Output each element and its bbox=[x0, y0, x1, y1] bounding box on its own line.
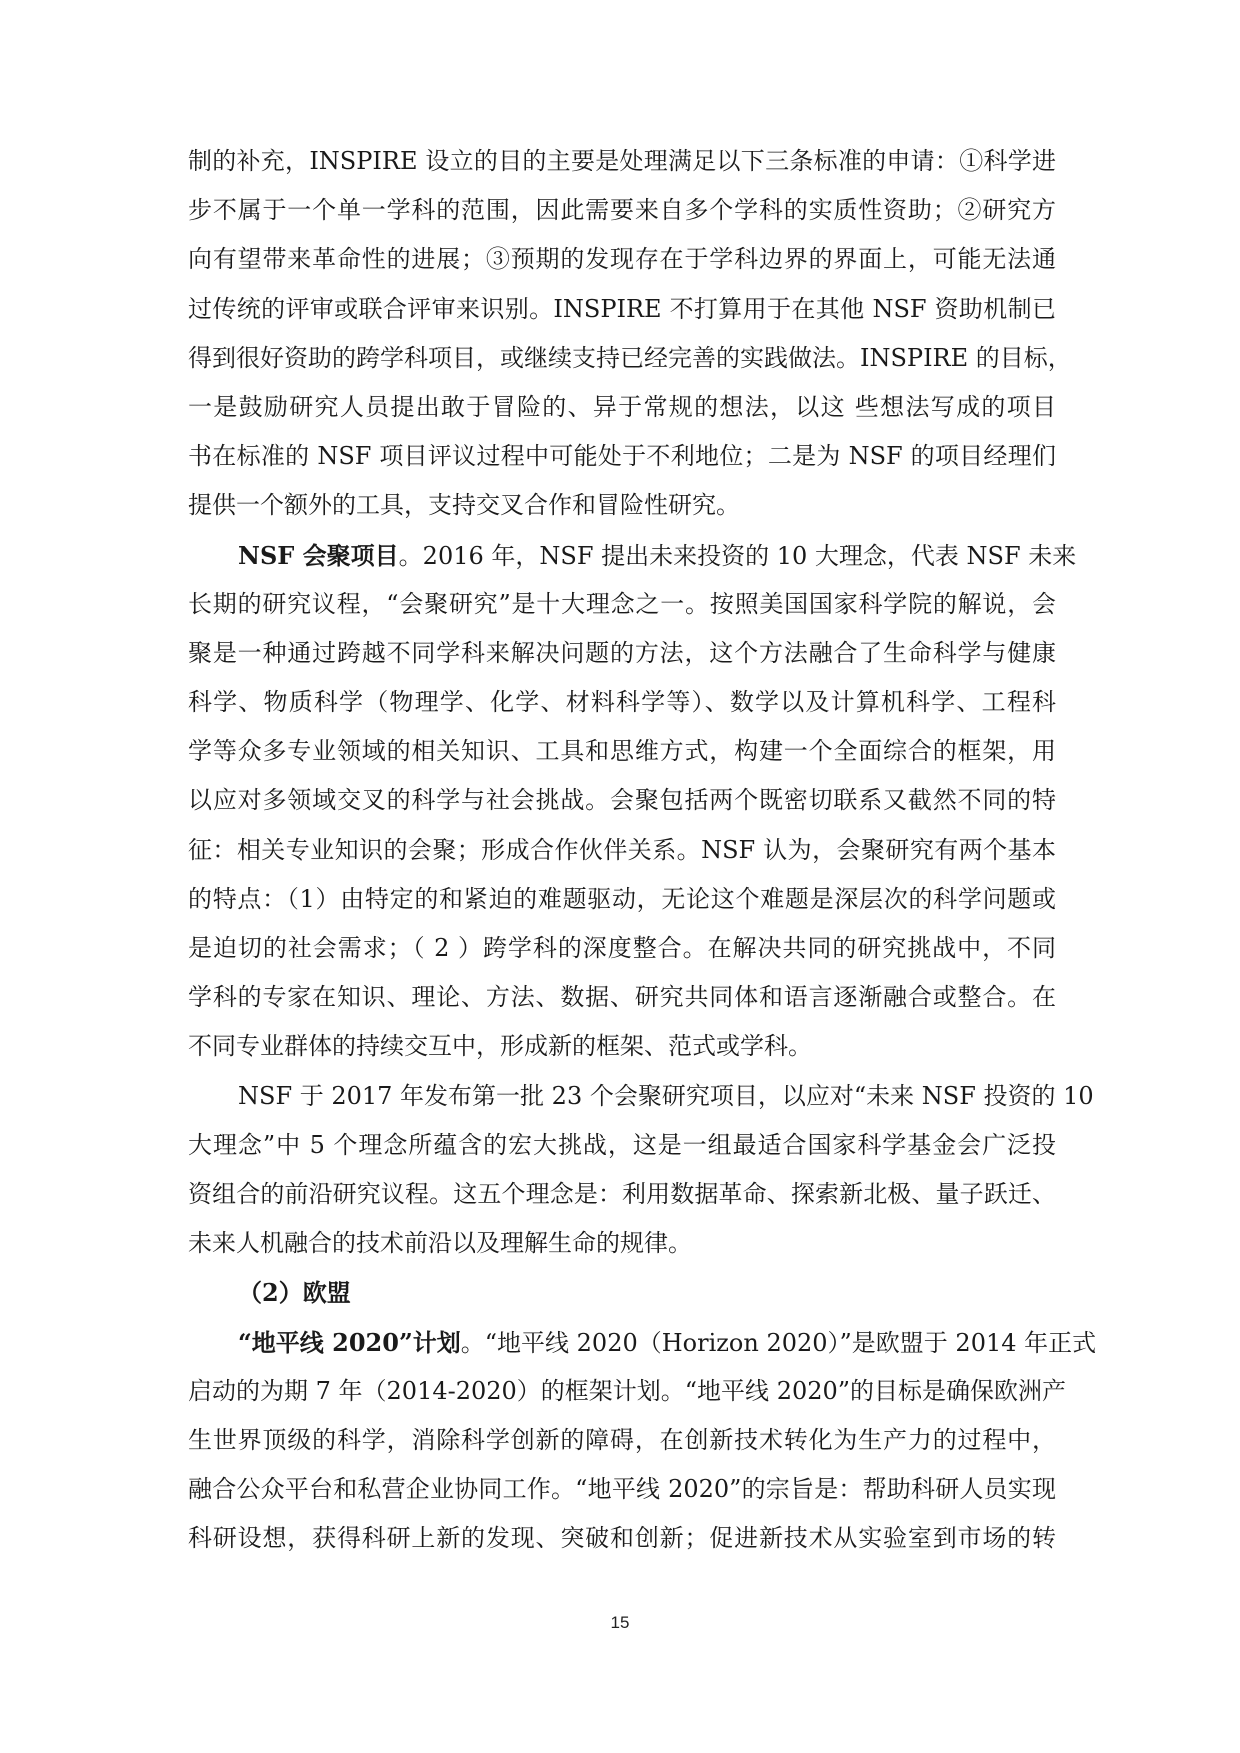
text-line: 的特点：（1）由特定的和紧迫的难题驱动，无论这个难题是深层次的科学问题或 bbox=[188, 875, 1056, 924]
text-line: 科学、物质科学（物理学、化学、材料科学等）、数学以及计算机科学、工程科 bbox=[188, 678, 1056, 727]
text-line: 不同专业群体的持续交互中，形成新的框架、范式或学科。 bbox=[188, 1022, 1056, 1071]
text-line: 得到很好资助的跨学科项目，或继续支持已经完善的实践做法。INSPIRE 的目标， bbox=[188, 334, 1056, 383]
text-line: 步不属于一个单一学科的范围，因此需要来自多个学科的实质性资助；②研究方 bbox=[188, 186, 1056, 235]
text-line: 一是鼓励研究人员提出敢于冒险的、异于常规的想法，以这 些想法写成的项目 bbox=[188, 383, 1056, 432]
text-line: 资组合的前沿研究议程。这五个理念是：利用数据革命、探索新北极、量子跃迁、 bbox=[188, 1170, 1056, 1219]
section-heading-eu: （2）欧盟 bbox=[188, 1268, 1056, 1317]
text-span: 。“地平线 2020（Horizon 2020）”是欧盟于 2014 年正式 bbox=[461, 1329, 1096, 1357]
bold-lead-horizon-2020: “地平线 2020”计划 bbox=[238, 1328, 461, 1357]
text-line: “地平线 2020”计划。“地平线 2020（Horizon 2020）”是欧盟… bbox=[188, 1318, 1056, 1367]
paragraph-horizon-2020: “地平线 2020”计划。“地平线 2020（Horizon 2020）”是欧盟… bbox=[188, 1318, 1056, 1564]
text-line: 以应对多领域交叉的科学与社会挑战。会聚包括两个既密切联系又截然不同的特 bbox=[188, 776, 1056, 825]
text-line: 科研设想，获得科研上新的发现、突破和创新；促进新技术从实验室到市场的转 bbox=[188, 1514, 1056, 1563]
text-line: 大理念”中 5 个理念所蕴含的宏大挑战，这是一组最适合国家科学基金会广泛投 bbox=[188, 1121, 1056, 1170]
paragraph-nsf-convergence: NSF 会聚项目。2016 年，NSF 提出未来投资的 10 大理念，代表 NS… bbox=[188, 531, 1056, 1072]
text-span: 。2016 年，NSF 提出未来投资的 10 大理念，代表 NSF 未来 bbox=[399, 542, 1077, 570]
text-line: 向有望带来革命性的进展；③预期的发现存在于学科边界的界面上，可能无法通 bbox=[188, 235, 1056, 284]
text-line: NSF 于 2017 年发布第一批 23 个会聚研究项目，以应对“未来 NSF … bbox=[188, 1072, 1056, 1121]
text-line: 未来人机融合的技术前沿以及理解生命的规律。 bbox=[188, 1219, 1056, 1268]
text-line: 长期的研究议程，“会聚研究”是十大理念之一。按照美国国家科学院的解说，会 bbox=[188, 580, 1056, 629]
bold-lead-nsf-convergence: NSF 会聚项目 bbox=[238, 541, 399, 570]
text-line: 聚是一种通过跨越不同学科来解决问题的方法，这个方法融合了生命科学与健康 bbox=[188, 629, 1056, 678]
paragraph-nsf-2017: NSF 于 2017 年发布第一批 23 个会聚研究项目，以应对“未来 NSF … bbox=[188, 1072, 1056, 1269]
text-line: 过传统的评审或联合评审来识别。INSPIRE 不打算用于在其他 NSF 资助机制… bbox=[188, 285, 1056, 334]
text-line: NSF 会聚项目。2016 年，NSF 提出未来投资的 10 大理念，代表 NS… bbox=[188, 531, 1056, 580]
document-page: 制的补充，INSPIRE 设立的目的主要是处理满足以下三条标准的申请：①科学进 … bbox=[188, 137, 1056, 1563]
text-line: 学等众多专业领域的相关知识、工具和思维方式，构建一个全面综合的框架，用 bbox=[188, 727, 1056, 776]
paragraph-inspire: 制的补充，INSPIRE 设立的目的主要是处理满足以下三条标准的申请：①科学进 … bbox=[188, 137, 1056, 531]
text-line: 书在标准的 NSF 项目评议过程中可能处于不利地位；二是为 NSF 的项目经理们 bbox=[188, 432, 1056, 481]
text-line: 融合公众平台和私营企业协同工作。“地平线 2020”的宗旨是：帮助科研人员实现 bbox=[188, 1465, 1056, 1514]
text-line: 生世界顶级的科学，消除科学创新的障碍，在创新技术转化为生产力的过程中， bbox=[188, 1416, 1056, 1465]
text-line: 启动的为期 7 年（2014-2020）的框架计划。“地平线 2020”的目标是… bbox=[188, 1367, 1056, 1416]
text-line: 征：相关专业知识的会聚；形成合作伙伴关系。NSF 认为，会聚研究有两个基本 bbox=[188, 826, 1056, 875]
text-line: 是迫切的社会需求；（ 2 ）跨学科的深度整合。在解决共同的研究挑战中，不同 bbox=[188, 924, 1056, 973]
page-number: 15 bbox=[0, 1613, 1240, 1633]
text-line: 提供一个额外的工具，支持交叉合作和冒险性研究。 bbox=[188, 481, 1056, 530]
text-line: 制的补充，INSPIRE 设立的目的主要是处理满足以下三条标准的申请：①科学进 bbox=[188, 137, 1056, 186]
text-line: 学科的专家在知识、理论、方法、数据、研究共同体和语言逐渐融合或整合。在 bbox=[188, 973, 1056, 1022]
